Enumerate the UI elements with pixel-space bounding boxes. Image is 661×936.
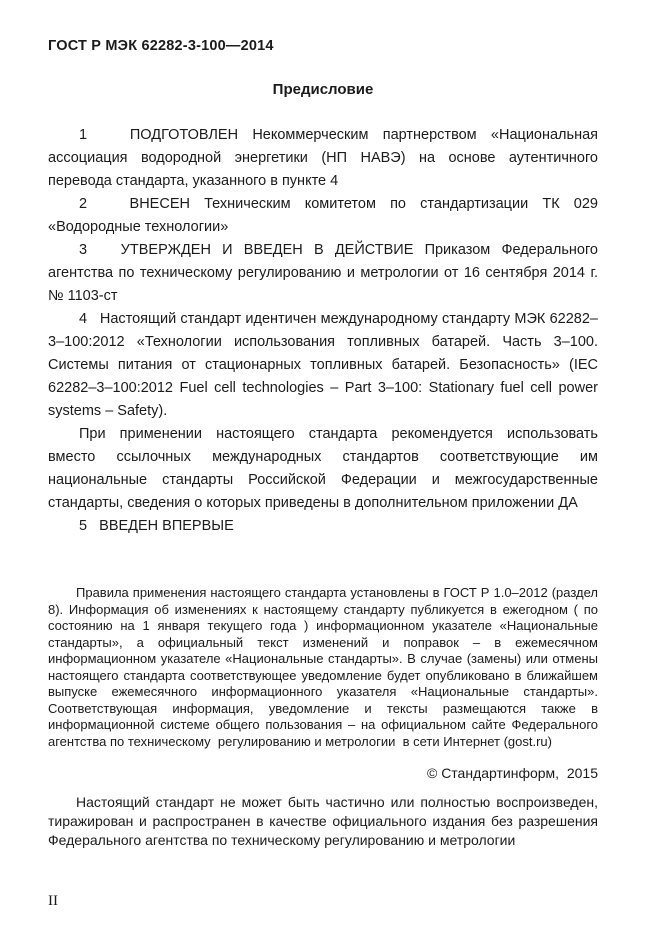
foreword-content: 1 ПОДГОТОВЛЕН Некоммерческим партнерство… <box>48 124 598 850</box>
rules-of-application-note: Правила применения настоящего стандарта … <box>48 585 598 750</box>
copyright-line: © Стандартинформ, 2015 <box>48 764 598 782</box>
foreword-note-referenced-standards: При применении настоящего стандарта реко… <box>48 423 598 515</box>
foreword-item-3: 3 УТВЕРЖДЕН И ВВЕДЕН В ДЕЙСТВИЕ Приказом… <box>48 239 598 308</box>
foreword-item-1: 1 ПОДГОТОВЛЕН Некоммерческим партнерство… <box>48 124 598 193</box>
foreword-item-4: 4 Настоящий стандарт идентичен междунаро… <box>48 308 598 423</box>
reproduction-restriction-note: Настоящий стандарт не может быть частичн… <box>48 793 598 850</box>
foreword-item-2: 2 ВНЕСЕН Техническим комитетом по станда… <box>48 193 598 239</box>
foreword-item-5: 5 ВВЕДЕН ВПЕРВЫЕ <box>48 515 598 538</box>
standard-designation: ГОСТ Р МЭК 62282-3-100—2014 <box>48 38 274 54</box>
foreword-title: Предисловие <box>48 81 598 98</box>
page-number: II <box>48 893 58 910</box>
document-page: ГОСТ Р МЭК 62282-3-100—2014 Предисловие … <box>0 0 661 936</box>
